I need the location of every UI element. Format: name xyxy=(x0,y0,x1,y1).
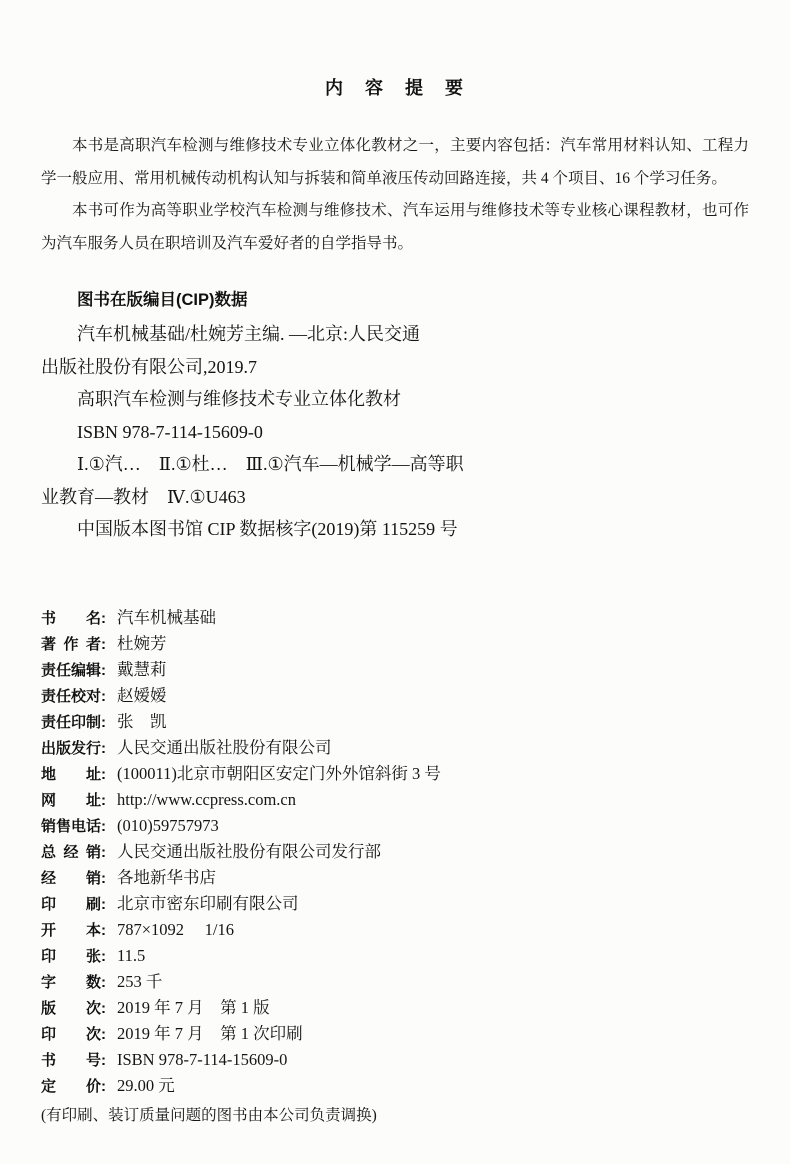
row-value: 赵嫒嫒 xyxy=(117,683,167,708)
row-label: 经 销: xyxy=(41,866,117,891)
row-general-distributor: 总 经 销:人民交通出版社股份有限公司发行部 xyxy=(41,839,749,865)
row-value: 戴慧莉 xyxy=(117,657,167,682)
row-label: 印 刷: xyxy=(41,892,117,917)
row-author: 著 作 者:杜婉芳 xyxy=(41,631,749,657)
publication-details: 书 名:汽车机械基础 著 作 者:杜婉芳 责任编辑:戴慧莉 责任校对:赵嫒嫒 责… xyxy=(41,605,749,1099)
row-format: 开 本:787×1092 1/16 xyxy=(41,917,749,943)
row-value: 杜婉芳 xyxy=(117,631,167,656)
summary-paragraph-2: 本书可作为高等职业学校汽车检测与维修技术、汽车运用与维修技术等专业核心课程教材，… xyxy=(41,195,749,260)
row-label: 责任校对: xyxy=(41,684,117,709)
row-printed-sheets: 印 张:11.5 xyxy=(41,943,749,969)
summary-paragraph-1: 本书是高职汽车检测与维修技术专业立体化教材之一，主要内容包括：汽车常用材料认知、… xyxy=(41,130,749,195)
row-label: 网 址: xyxy=(41,788,117,813)
quality-exchange-note: (有印刷、装订质量问题的图书由本公司负责调换) xyxy=(41,1103,749,1128)
row-label: 销售电话: xyxy=(41,814,117,839)
row-label: 字 数: xyxy=(41,970,117,995)
row-label: 总 经 销: xyxy=(41,840,117,865)
row-printer: 印 刷:北京市密东印刷有限公司 xyxy=(41,891,749,917)
cip-data-section: 图书在版编目(CIP)数据 汽车机械基础/杜婉芳主编. —北京:人民交通 出版社… xyxy=(41,286,749,546)
cip-heading: 图书在版编目(CIP)数据 xyxy=(77,286,749,310)
row-label: 地 址: xyxy=(41,762,117,787)
row-edition: 版 次:2019 年 7 月 第 1 版 xyxy=(41,995,749,1021)
row-value: 11.5 xyxy=(117,943,145,968)
row-value: 253 千 xyxy=(117,969,162,994)
cip-line-classification-wrap: 业教育—教材 Ⅳ.①U463 xyxy=(41,481,749,514)
row-label: 印 张: xyxy=(41,944,117,969)
row-sales-phone: 销售电话:(010)59757973 xyxy=(41,813,749,839)
row-value: 汽车机械基础 xyxy=(117,605,216,630)
cip-record-number: 中国版本图书馆 CIP 数据核字(2019)第 115259 号 xyxy=(41,513,749,546)
row-label: 责任印制: xyxy=(41,710,117,735)
cip-body: 汽车机械基础/杜婉芳主编. —北京:人民交通 出版社股份有限公司,2019.7 … xyxy=(41,318,749,546)
row-price: 定 价:29.00 元 xyxy=(41,1073,749,1099)
row-label: 责任编辑: xyxy=(41,658,117,683)
row-label: 印 次: xyxy=(41,1022,117,1047)
row-website: 网 址:http://www.ccpress.com.cn xyxy=(41,787,749,813)
row-value: 张 凯 xyxy=(117,709,167,734)
copyright-page: 内 容 提 要 本书是高职汽车检测与维修技术专业立体化教材之一，主要内容包括：汽… xyxy=(0,0,790,1164)
row-value: 2019 年 7 月 第 1 版 xyxy=(117,995,270,1020)
content-summary: 本书是高职汽车检测与维修技术专业立体化教材之一，主要内容包括：汽车常用材料认知、… xyxy=(41,130,749,260)
page-title: 内 容 提 要 xyxy=(41,74,749,100)
row-value: http://www.ccpress.com.cn xyxy=(117,787,296,812)
row-publisher: 出版发行:人民交通出版社股份有限公司 xyxy=(41,735,749,761)
row-label: 书 名: xyxy=(41,606,117,631)
row-isbn: 书 号:ISBN 978-7-114-15609-0 xyxy=(41,1047,749,1073)
row-address: 地 址:(100011)北京市朝阳区安定门外外馆斜街 3 号 xyxy=(41,761,749,787)
cip-line-publisher-wrap: 出版社股份有限公司,2019.7 xyxy=(41,351,749,384)
row-impression: 印 次:2019 年 7 月 第 1 次印刷 xyxy=(41,1021,749,1047)
row-distributor: 经 销:各地新华书店 xyxy=(41,865,749,891)
row-label: 定 价: xyxy=(41,1074,117,1099)
row-value: 人民交通出版社股份有限公司发行部 xyxy=(117,839,381,864)
row-label: 开 本: xyxy=(41,918,117,943)
row-print-supervisor: 责任印制:张 凯 xyxy=(41,709,749,735)
row-proofreader: 责任校对:赵嫒嫒 xyxy=(41,683,749,709)
row-value: 29.00 元 xyxy=(117,1073,175,1098)
row-value: 787×1092 1/16 xyxy=(117,917,234,942)
row-book-title: 书 名:汽车机械基础 xyxy=(41,605,749,631)
cip-line-series: 高职汽车检测与维修技术专业立体化教材 xyxy=(41,383,749,416)
row-value: 各地新华书店 xyxy=(117,865,216,890)
row-value: (100011)北京市朝阳区安定门外外馆斜街 3 号 xyxy=(117,761,441,786)
row-value: 人民交通出版社股份有限公司 xyxy=(117,735,332,760)
row-responsible-editor: 责任编辑:戴慧莉 xyxy=(41,657,749,683)
row-word-count: 字 数:253 千 xyxy=(41,969,749,995)
row-label: 版 次: xyxy=(41,996,117,1021)
row-label: 出版发行: xyxy=(41,736,117,761)
row-value: 北京市密东印刷有限公司 xyxy=(117,891,299,916)
row-value: ISBN 978-7-114-15609-0 xyxy=(117,1047,287,1072)
row-label: 书 号: xyxy=(41,1048,117,1073)
row-value: (010)59757973 xyxy=(117,813,219,838)
row-value: 2019 年 7 月 第 1 次印刷 xyxy=(117,1021,303,1046)
cip-line-title-author: 汽车机械基础/杜婉芳主编. —北京:人民交通 xyxy=(41,318,749,351)
cip-line-classification: Ⅰ.①汽… Ⅱ.①杜… Ⅲ.①汽车—机械学—高等职 xyxy=(41,448,749,481)
cip-line-isbn: ISBN 978-7-114-15609-0 xyxy=(41,416,749,449)
row-label: 著 作 者: xyxy=(41,632,117,657)
